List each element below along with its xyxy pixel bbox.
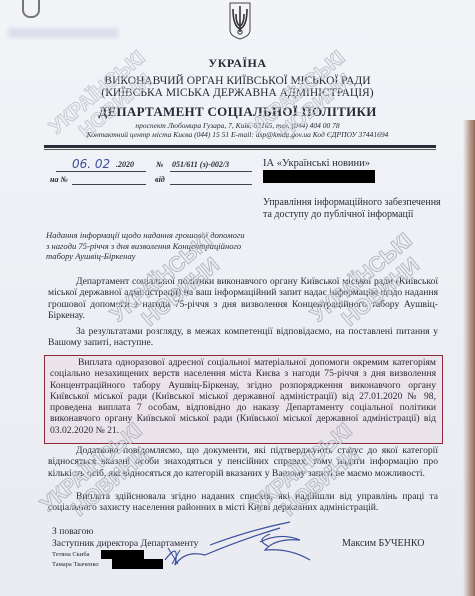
date-year: .2020 bbox=[116, 160, 134, 169]
number-label: № bbox=[156, 160, 163, 169]
paperclip-icon bbox=[22, 0, 40, 18]
date-underline bbox=[56, 171, 146, 172]
redacted-block bbox=[263, 170, 375, 183]
letterhead-contacts: Контактний центр міста Києва (044) 15 51… bbox=[0, 130, 475, 139]
executor-1: Тетяна Скиба bbox=[52, 551, 90, 558]
faded-stamp bbox=[8, 28, 118, 38]
paragraph-payment: Виплата одноразової адресної соціальної … bbox=[50, 357, 436, 436]
letterhead-department: ДЕПАРТАМЕНТ СОЦІАЛЬНОЇ ПОЛІТИКИ bbox=[0, 104, 475, 120]
letterhead-org-line2: (КИЇВСЬКА МІСЬКА ДЕРЖАВНА АДМІНІСТРАЦІЯ) bbox=[0, 87, 475, 99]
paragraph-additional: Додатково повідомляємо, що документи, як… bbox=[48, 445, 438, 479]
letterhead-country: УКРАЇНА bbox=[0, 56, 475, 71]
handwritten-date: 06. 02 bbox=[72, 157, 110, 171]
paragraph-results: За результатами розгляду, в межах компет… bbox=[48, 326, 438, 349]
from-underline bbox=[170, 184, 252, 185]
addressee-unit: Управління інформаційного забезпечення т… bbox=[263, 197, 448, 221]
closing-regards: З повагою bbox=[52, 526, 93, 537]
letterhead-org-line1: ВИКОНАВЧИЙ ОРГАН КИЇВСЬКОЇ МІСЬКОЇ РАДИ bbox=[0, 75, 475, 87]
number-underline bbox=[170, 171, 252, 172]
addressee-name: ІА «Українські новини» bbox=[263, 158, 370, 169]
letterhead-rule-thin bbox=[44, 149, 436, 150]
scanned-letter: УКРАЇНА ВИКОНАВЧИЙ ОРГАН КИЇВСЬКОЇ МІСЬК… bbox=[0, 0, 475, 596]
from-label: від bbox=[155, 175, 165, 184]
executor-2: Тамара Ткаченко bbox=[52, 561, 99, 568]
reply-to-label: на № bbox=[50, 175, 68, 184]
letter-subject: Надання інформації щодо надання грошової… bbox=[46, 230, 246, 262]
page-edge-shadow bbox=[463, 120, 475, 596]
reply-to-underline bbox=[72, 184, 146, 185]
redacted-phone-1 bbox=[101, 550, 144, 559]
paragraph-intro: Департамент соціальної політики виконавч… bbox=[48, 276, 438, 321]
signature-icon bbox=[150, 520, 350, 570]
outgoing-number: 051/611 (з)-002/3 bbox=[172, 160, 229, 169]
letterhead-rule bbox=[44, 145, 436, 148]
signer-name: Максим БУЧЕНКО bbox=[342, 538, 425, 549]
trident-coat-of-arms-icon bbox=[229, 2, 251, 40]
paragraph-lists: Виплата здійснювала згідно наданих списк… bbox=[48, 491, 438, 514]
letterhead-address: проспект Любомира Гузара, 7, Київ, 03165… bbox=[0, 121, 475, 130]
